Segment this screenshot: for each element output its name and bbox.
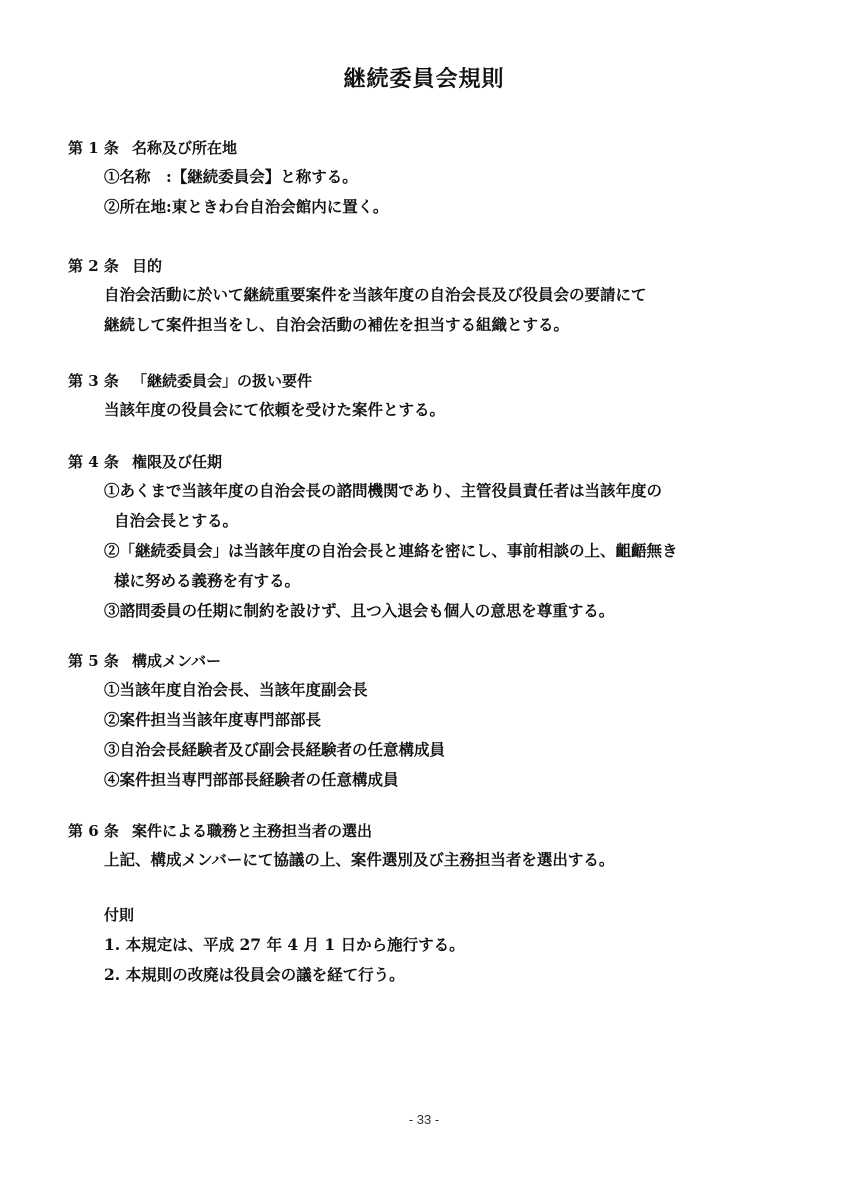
article-line: ③諮問委員の任期に制約を設けず、且つ入退会も個人の意思を尊重する。 <box>68 596 788 626</box>
article-title: 案件による職務と主務担当者の選出 <box>132 822 372 840</box>
article-2: 第 2 条目的 自治会活動に於いて継続重要案件を当該年度の自治会長及び役員会の要… <box>68 252 788 340</box>
article-heading: 第 1 条名称及び所在地 <box>68 134 788 162</box>
article-line: ④案件担当専門部部長経験者の任意構成員 <box>68 765 788 795</box>
article-number: 第 6 条 <box>68 817 132 845</box>
article-title: 名称及び所在地 <box>132 139 237 157</box>
article-number: 第 3 条 <box>68 367 132 395</box>
article-number: 第 1 条 <box>68 134 132 162</box>
article-heading: 第 2 条目的 <box>68 252 788 280</box>
article-heading: 第 4 条権限及び任期 <box>68 448 788 476</box>
supplementary-line: 1. 本規定は、平成 27 年 4 月 1 日から施行する。 <box>104 930 804 960</box>
article-3: 第 3 条「継続委員会」の扱い要件 当該年度の役員会にて依頼を受けた案件とする。 <box>68 367 788 425</box>
article-number: 第 4 条 <box>68 448 132 476</box>
article-title: 「継続委員会」の扱い要件 <box>132 372 312 390</box>
article-line: ①当該年度自治会長、当該年度副会長 <box>68 675 788 705</box>
article-title: 権限及び任期 <box>132 453 222 471</box>
supplementary-line: 2. 本規則の改廃は役員会の議を経て行う。 <box>104 960 804 990</box>
article-line: ③自治会長経験者及び副会長経験者の任意構成員 <box>68 735 788 765</box>
supplementary-heading: 付則 <box>104 900 804 930</box>
article-heading: 第 5 条構成メンバー <box>68 647 788 675</box>
article-1: 第 1 条名称及び所在地 ①名称 :【継続委員会】と称する。 ②所在地:東ときわ… <box>68 134 788 222</box>
article-line: 自治会活動に於いて継続重要案件を当該年度の自治会長及び役員会の要請にて <box>68 280 788 310</box>
article-line: ②所在地:東ときわ台自治会館内に置く。 <box>68 192 788 222</box>
article-line: ①名称 :【継続委員会】と称する。 <box>68 162 788 192</box>
article-5: 第 5 条構成メンバー ①当該年度自治会長、当該年度副会長 ②案件担当当該年度専… <box>68 647 788 795</box>
article-line: 自治会長とする。 <box>68 506 788 536</box>
document-title: 継続委員会規則 <box>0 62 848 93</box>
article-title: 目的 <box>132 257 162 275</box>
article-heading: 第 3 条「継続委員会」の扱い要件 <box>68 367 788 395</box>
article-4: 第 4 条権限及び任期 ①あくまで当該年度の自治会長の諮問機関であり、主管役員責… <box>68 448 788 626</box>
supplementary-provisions: 付則 1. 本規定は、平成 27 年 4 月 1 日から施行する。 2. 本規則… <box>104 900 804 990</box>
article-heading: 第 6 条案件による職務と主務担当者の選出 <box>68 817 788 845</box>
article-6: 第 6 条案件による職務と主務担当者の選出 上記、構成メンバーにて協議の上、案件… <box>68 817 788 875</box>
article-line: 様に努める義務を有する。 <box>68 566 788 596</box>
article-line: ①あくまで当該年度の自治会長の諮問機関であり、主管役員責任者は当該年度の <box>68 476 788 506</box>
article-number: 第 2 条 <box>68 252 132 280</box>
article-title: 構成メンバー <box>132 652 221 670</box>
page-number: - 33 - <box>0 1112 848 1127</box>
article-number: 第 5 条 <box>68 647 132 675</box>
article-line: ②案件担当当該年度専門部部長 <box>68 705 788 735</box>
article-line: 当該年度の役員会にて依頼を受けた案件とする。 <box>68 395 788 425</box>
article-line: 継続して案件担当をし、自治会活動の補佐を担当する組織とする。 <box>68 310 788 340</box>
article-line: 上記、構成メンバーにて協議の上、案件選別及び主務担当者を選出する。 <box>68 845 788 875</box>
article-line: ②「継続委員会」は当該年度の自治会長と連絡を密にし、事前相談の上、齟齬無き <box>68 536 788 566</box>
